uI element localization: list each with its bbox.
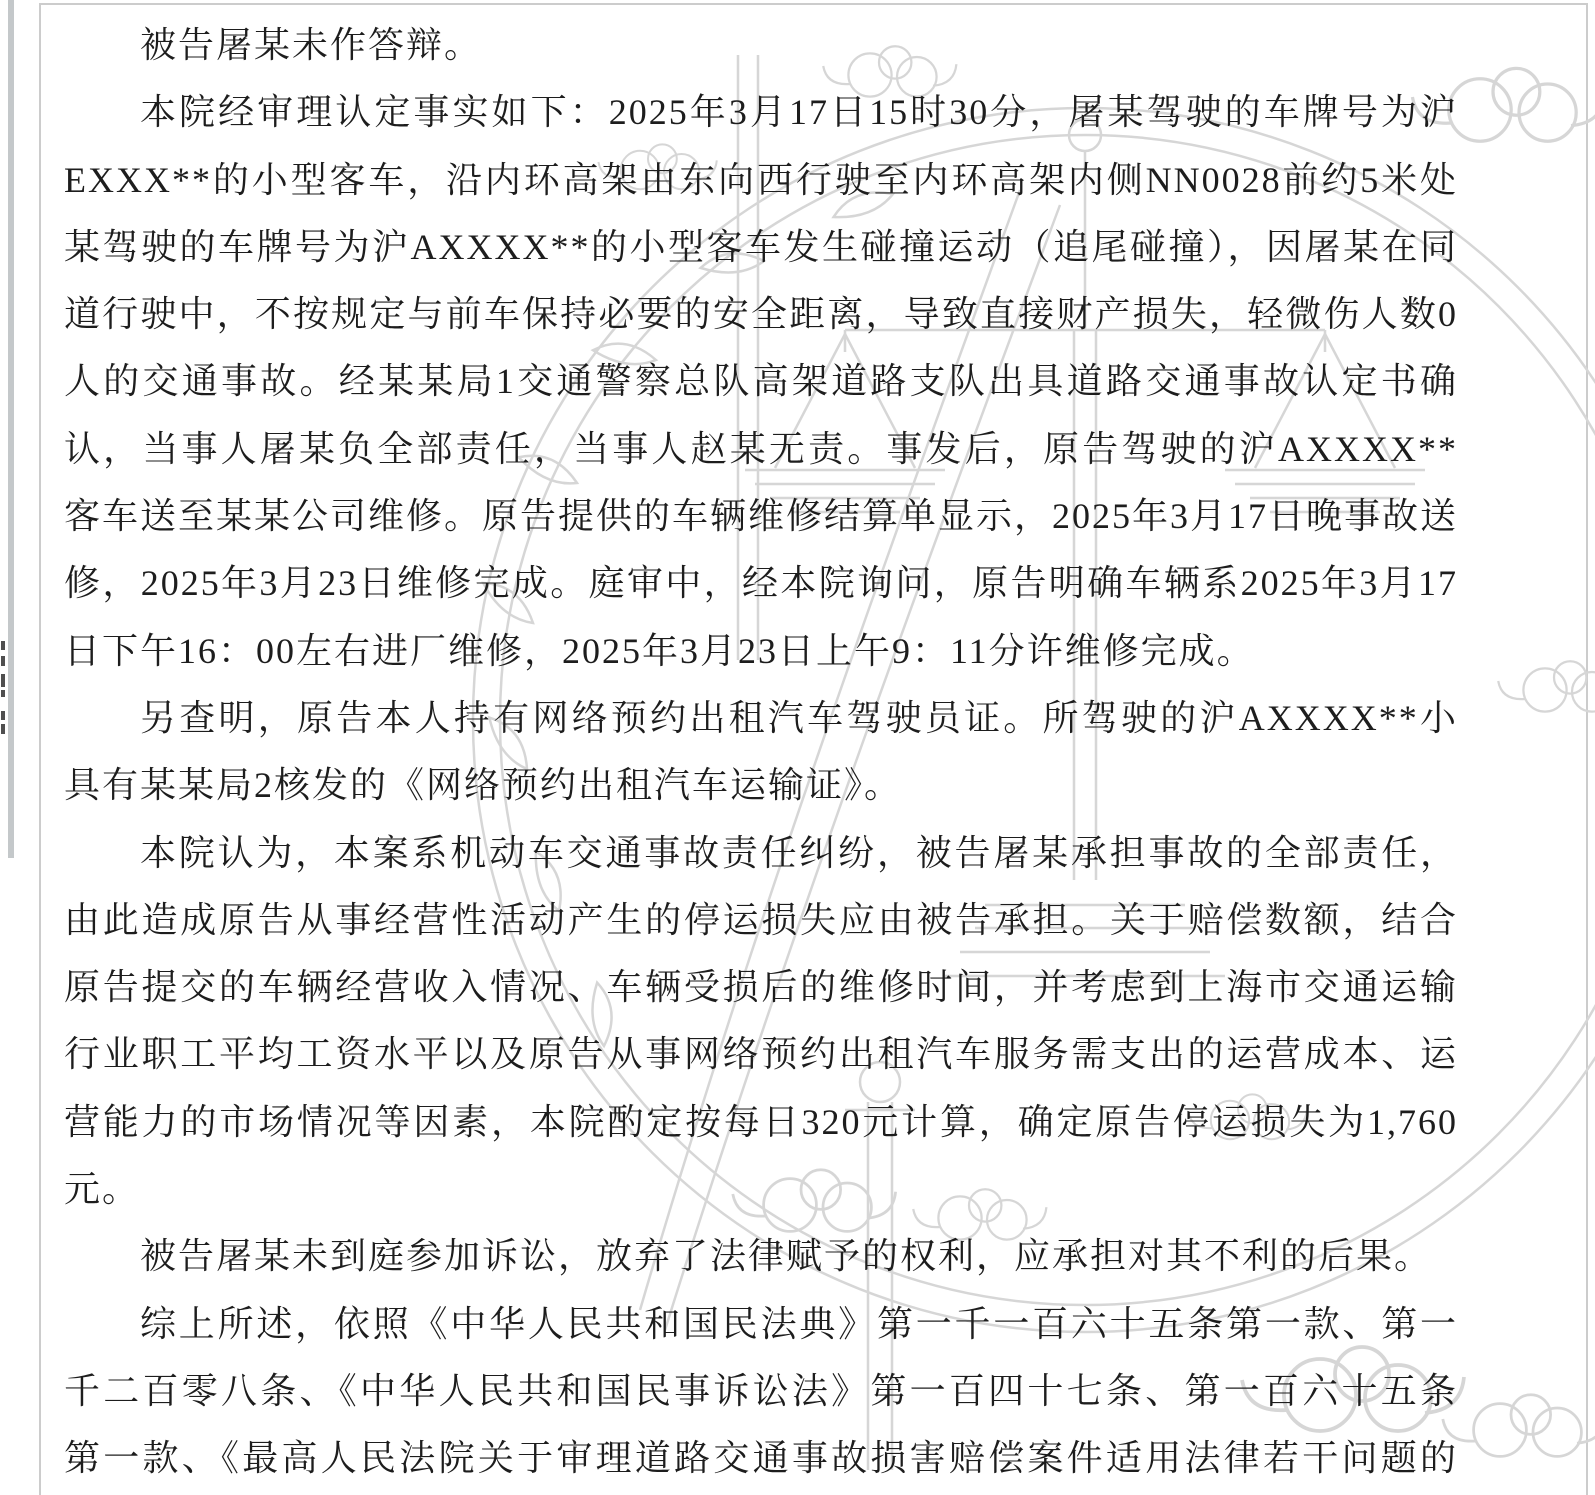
judgment-line: 由此造成原告从事经营性活动产生的停运损失应由被告承担。关于赔偿数额，结合	[64, 887, 1458, 954]
judgment-line: 被告屠某未到庭参加诉讼，放弃了法律赋予的权利，应承担对其不利的后果。	[64, 1223, 1458, 1290]
judgment-line: 营能力的市场情况等因素，本院酌定按每日320元计算，确定原告停运损失为1,760	[64, 1089, 1458, 1156]
judgment-line: 另查明，原告本人持有网络预约出租汽车驾驶员证。所驾驶的沪AXXXX**小客车	[64, 685, 1458, 752]
judgment-line: 客车送至某某公司维修。原告提供的车辆维修结算单显示，2025年3月17日晚事故送	[64, 483, 1458, 550]
judgment-line: 千二百零八条、《中华人民共和国民事诉讼法》第一百四十七条、第一百六十五条	[64, 1358, 1458, 1425]
judgment-line: 具有某某局2核发的《网络预约出租汽车运输证》。	[64, 752, 1458, 819]
judgment-line: 本院经审理认定事实如下：2025年3月17日15时30分，屠某驾驶的车牌号为沪	[64, 79, 1458, 146]
judgment-line: 日下午16：00左右进厂维修，2025年3月23日上午9：11分许维修完成。	[64, 618, 1458, 685]
judgment-line: EXXX**的小型客车，沿内环高架由东向西行驶至内环高架内侧NN0028前约5米…	[64, 147, 1458, 214]
judgment-line: 原告提交的车辆经营收入情况、车辆受损后的维修时间，并考虑到上海市交通运输	[64, 954, 1458, 1021]
judgment-line: 被告屠某未作答辩。	[64, 12, 1458, 79]
judgment-text: 被告屠某未作答辩。本院经审理认定事实如下：2025年3月17日15时30分，屠某…	[64, 12, 1458, 1493]
judgment-line: 修，2025年3月23日维修完成。庭审中，经本院询问，原告明确车辆系2025年3…	[64, 550, 1458, 617]
judgment-line: 综上所述，依照《中华人民共和国民法典》第一千一百六十五条第一款、第一	[64, 1291, 1458, 1358]
judgment-line: 行业职工平均工资水平以及原告从事网络预约出租汽车服务需支出的运营成本、运	[64, 1021, 1458, 1088]
judgment-line: 元。	[64, 1156, 1458, 1223]
judgment-line: 认，当事人屠某负全部责任，当事人赵某无责。事发后，原告驾驶的沪AXXXX**小型	[64, 416, 1458, 483]
judgment-line: 人的交通事故。经某某局1交通警察总队高架道路支队出具道路交通事故认定书确	[64, 348, 1458, 415]
judgment-line: 某驾驶的车牌号为沪AXXXX**的小型客车发生碰撞运动（追尾碰撞），因屠某在同车	[64, 214, 1458, 281]
judgment-line: 本院认为，本案系机动车交通事故责任纠纷，被告屠某承担事故的全部责任，	[64, 820, 1458, 887]
scanned-judgment-page: 被告屠某未作答辩。本院经审理认定事实如下：2025年3月17日15时30分，屠某…	[0, 0, 1595, 1495]
judgment-line: 第一款、《最高人民法院关于审理道路交通事故损害赔偿案件适用法律若干问题的	[64, 1425, 1458, 1492]
judgment-line: 道行驶中，不按规定与前车保持必要的安全距离，导致直接财产损失，轻微伤人数0	[64, 281, 1458, 348]
